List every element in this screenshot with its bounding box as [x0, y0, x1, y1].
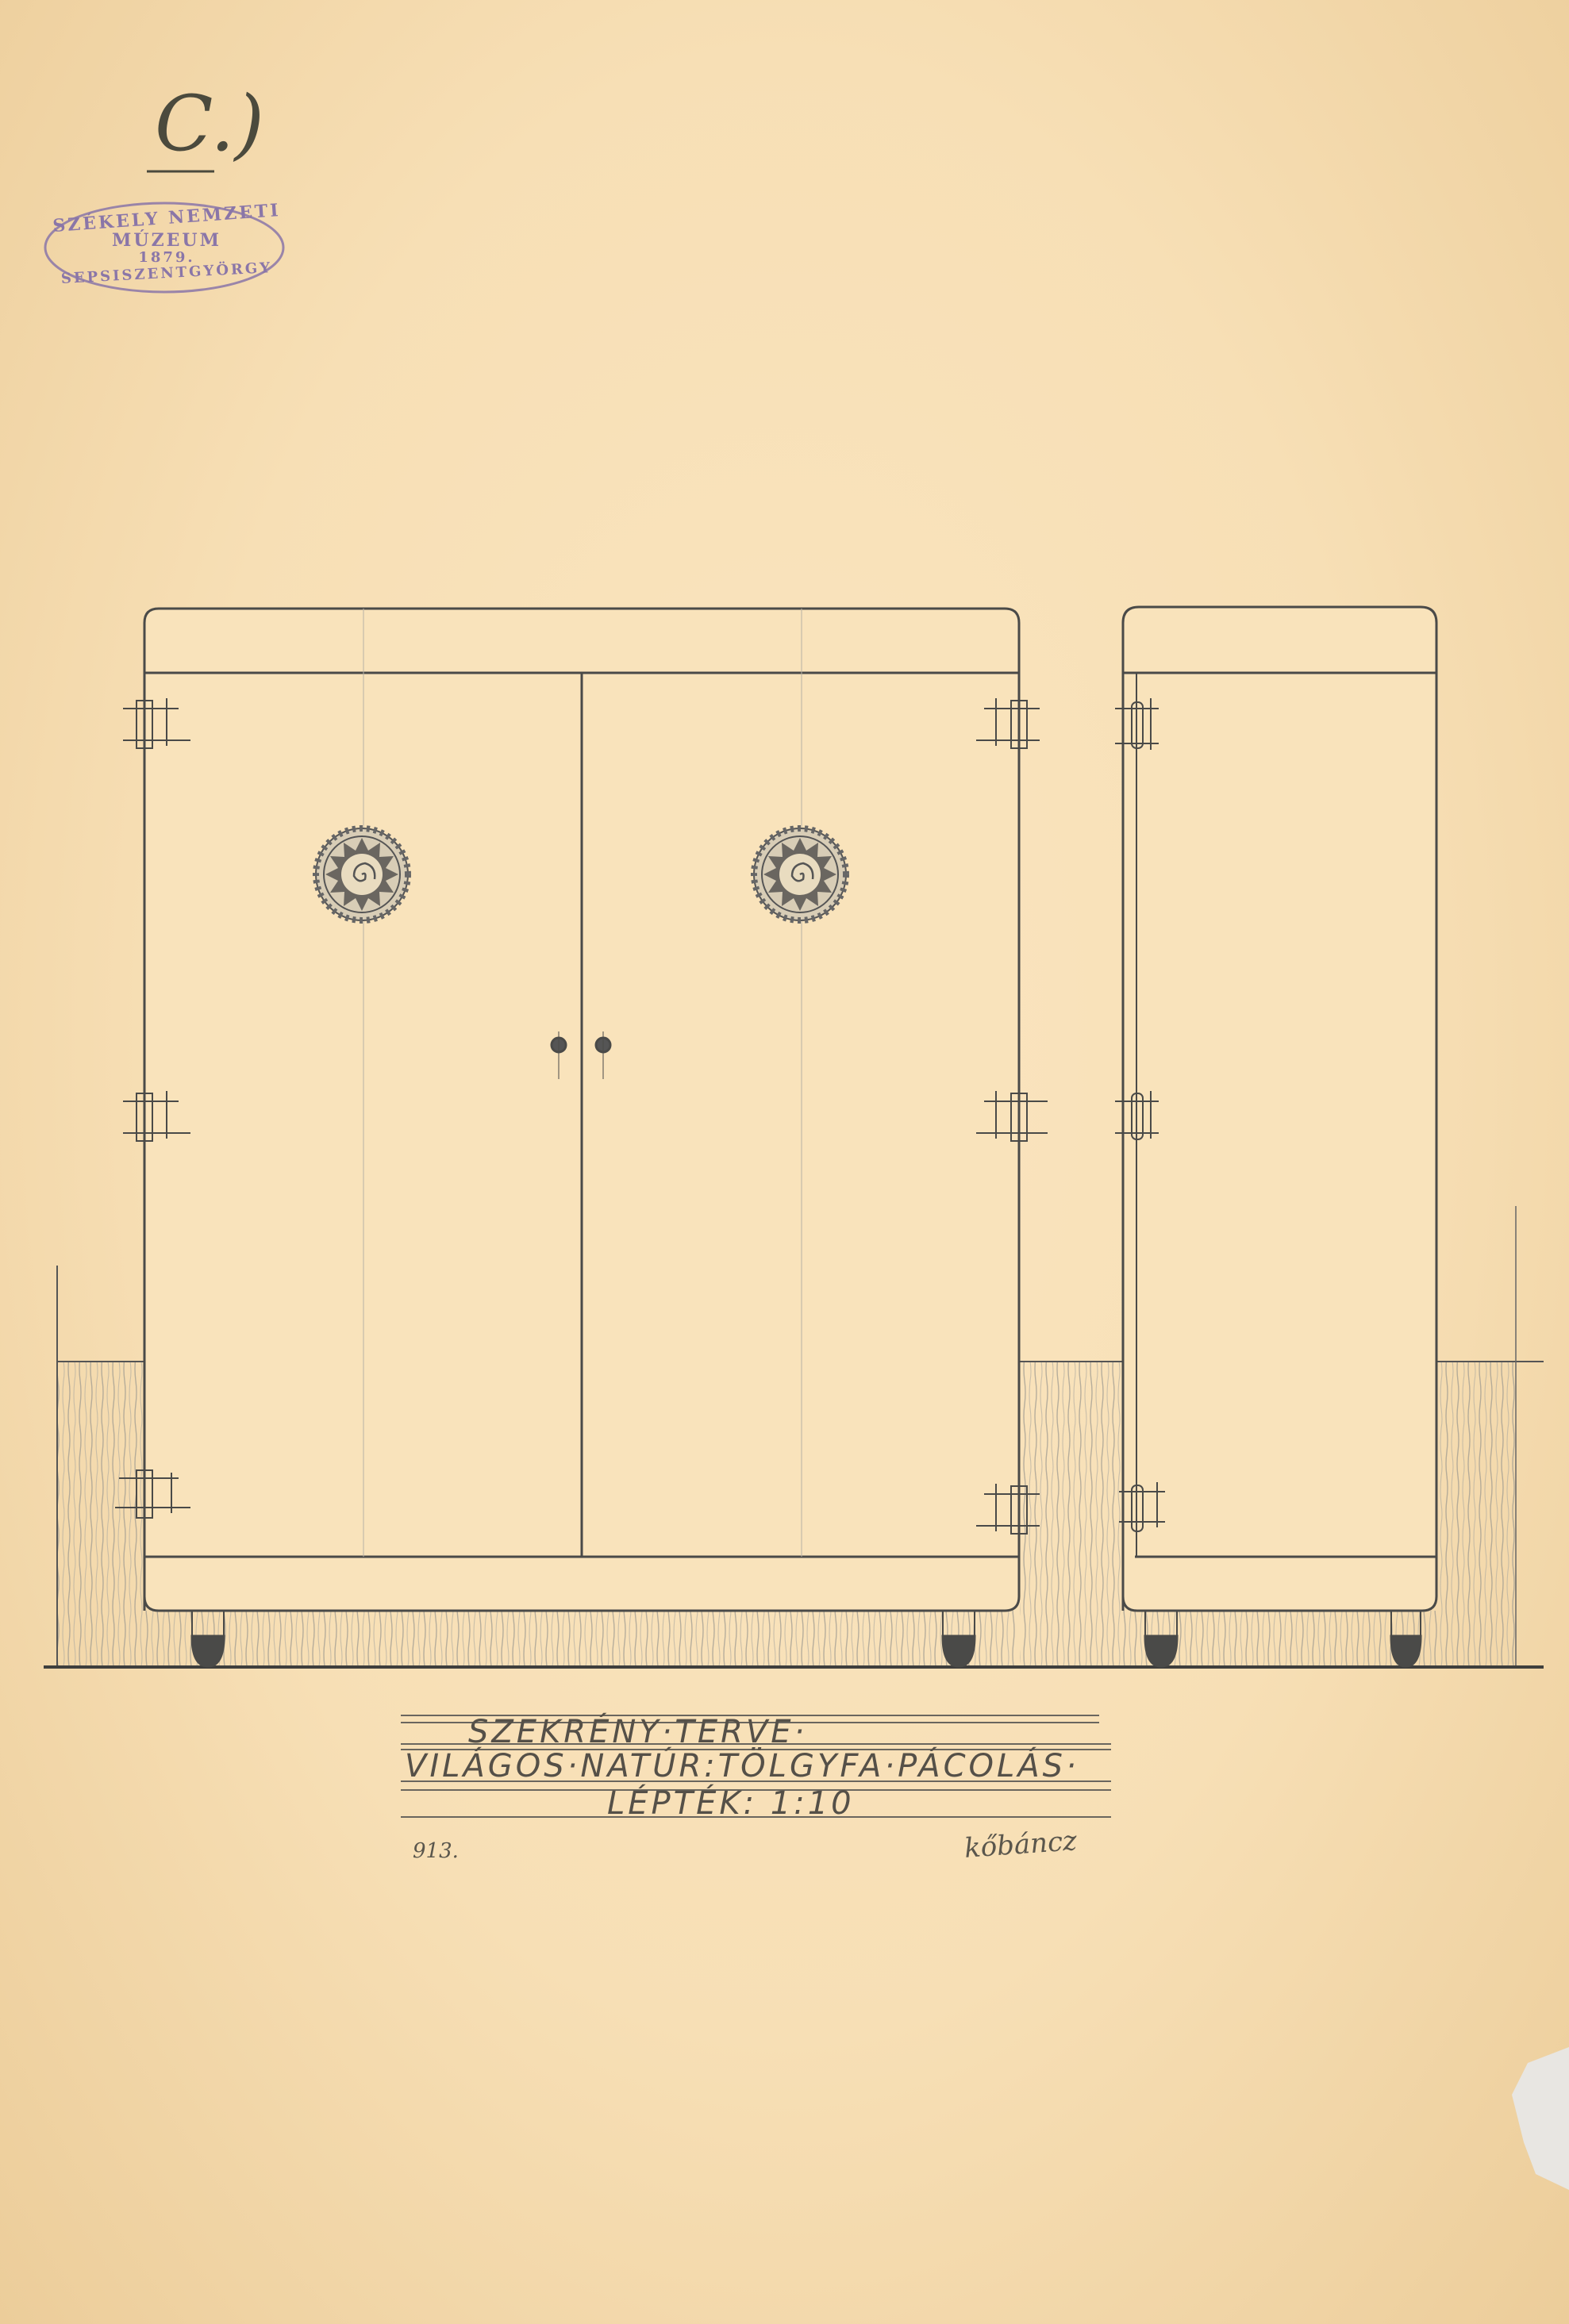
title-line-2: VILÁGOS·NATÚR:TÖLGYFA·PÁCOLÁS· — [405, 1748, 1079, 1784]
side-elevation — [1115, 607, 1436, 1666]
year-annotation: 913. — [413, 1839, 459, 1863]
title-line-1: SZEKRÉNY·TERVE· — [468, 1714, 807, 1750]
cabinet-drawing — [0, 0, 1569, 2324]
rosette-left — [316, 828, 408, 920]
front-elevation — [115, 609, 1048, 1666]
torn-corner — [1512, 2047, 1569, 2190]
title-line-3: LÉPTÉK: 1:10 — [607, 1785, 855, 1822]
stamp-line-2: MÚZEUM — [48, 230, 286, 251]
paper-sheet: C.) SZÉKELY NEMZETI MÚZEUM 1879. SEPSISZ… — [0, 0, 1569, 2324]
sheet-label: C.) — [155, 79, 274, 175]
rosette-right — [754, 828, 846, 920]
